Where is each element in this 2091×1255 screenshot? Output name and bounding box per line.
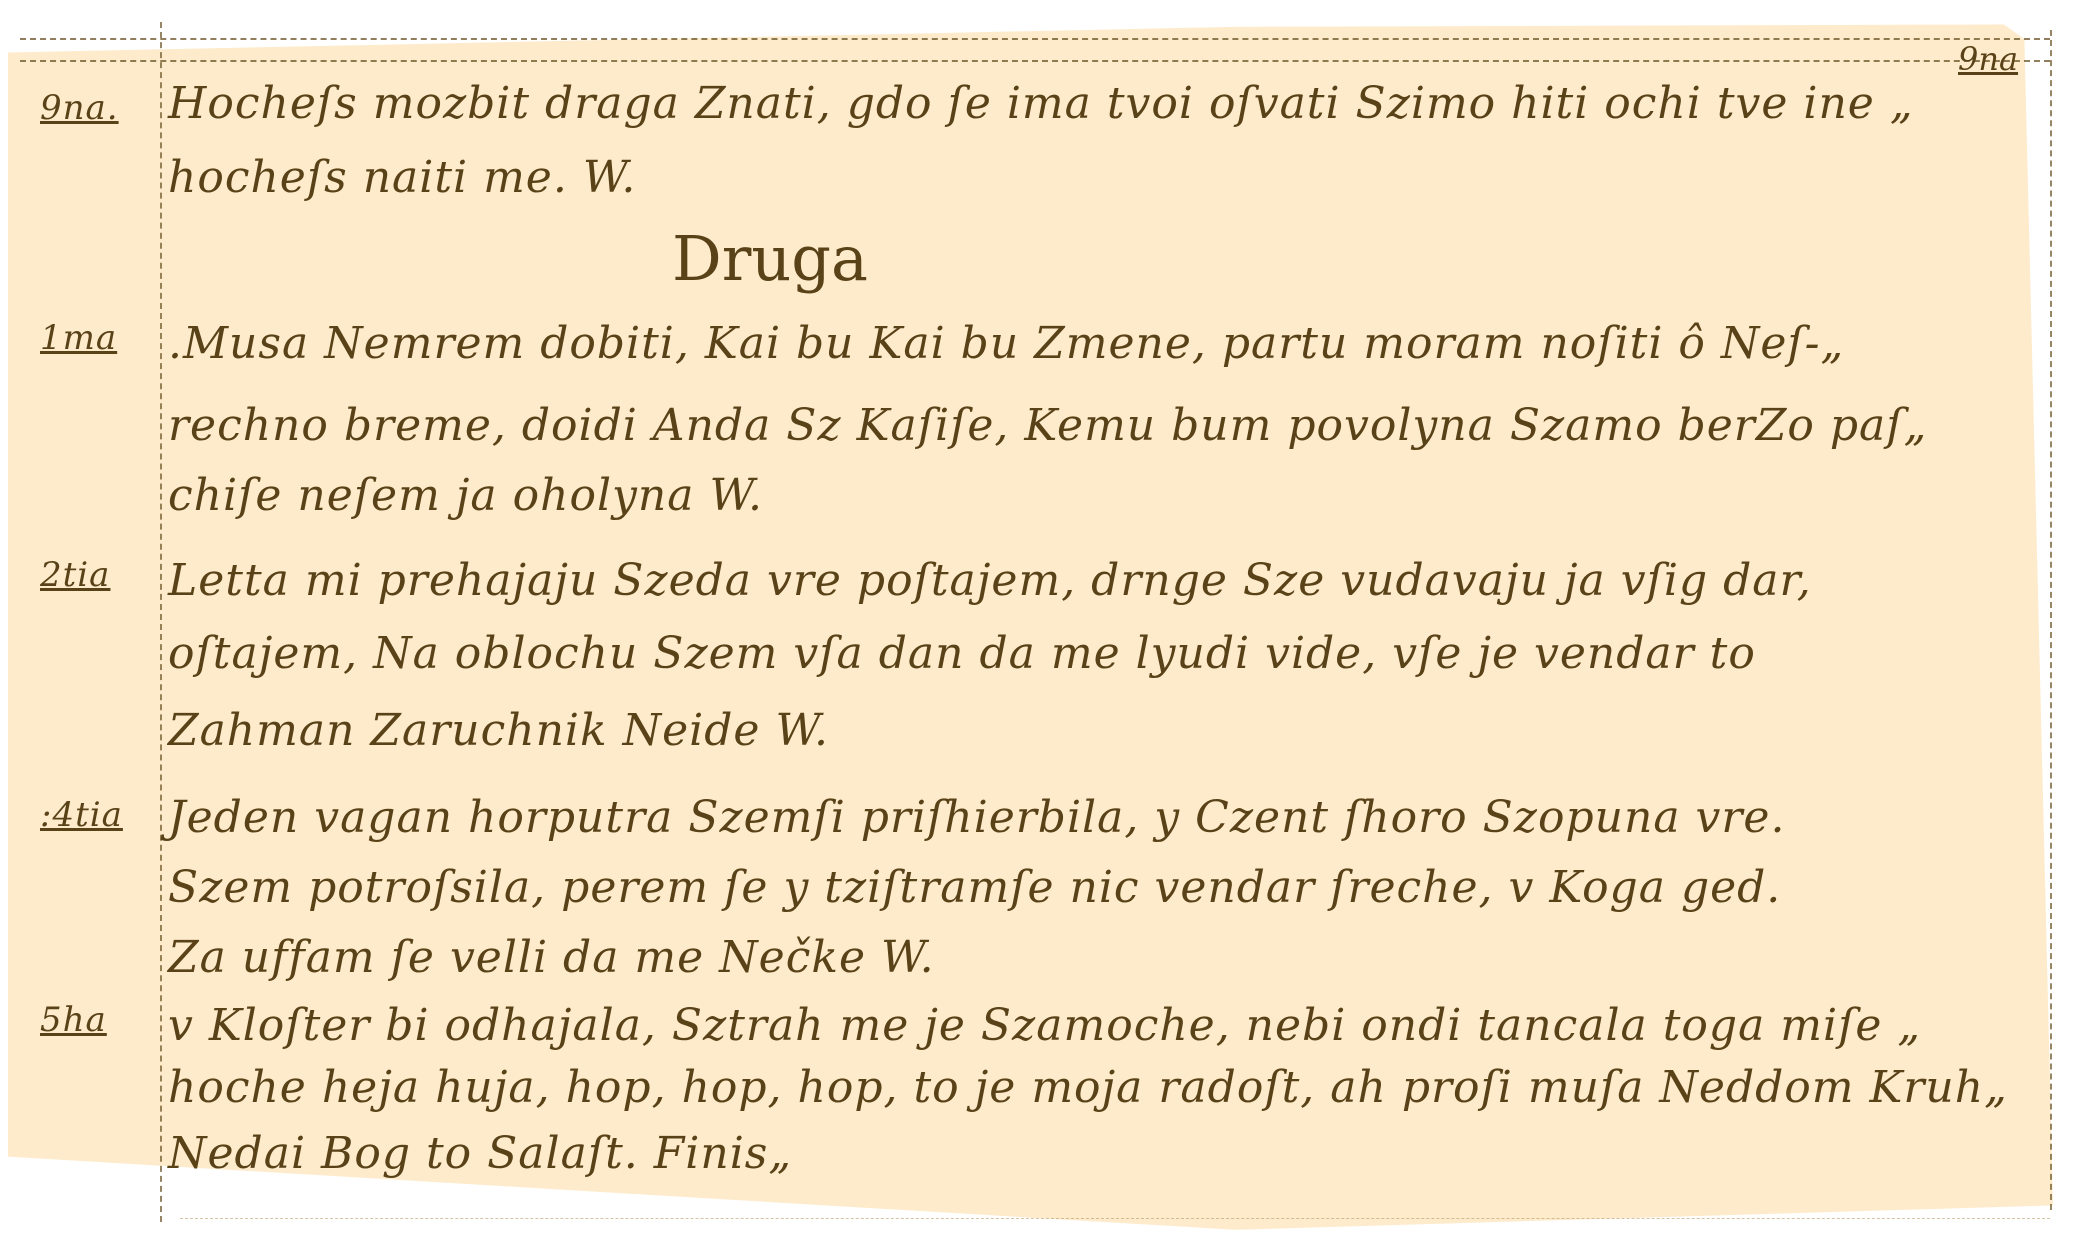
stanza-4-line-2: Szem potroſsila, perem ſe y tziſtramſe n… (168, 862, 1781, 913)
stanza-3-line-2: oſtajem, Na oblochu Szem vſa dan da me l… (168, 628, 1756, 679)
stanza-1-line-1: Hocheſs mozbit draga Znati, gdo ſe ima t… (168, 78, 1914, 129)
stanza-4-line-1: Jeden vagan horputra Szemſi priſhierbila… (168, 792, 1785, 843)
page-number: 9na (1958, 40, 2018, 78)
stanza-2-line-1: .Musa Nemrem dobiti, Kai bu Kai bu Zmene… (168, 318, 1844, 369)
stanza-1-line-2: hocheſs naiti me. W. (168, 152, 636, 203)
stanza-1-margin-label: 9na. (40, 88, 119, 128)
stanza-5-line-2: hoche heja huja, hop, hop, hop, to je mo… (168, 1062, 2008, 1113)
stanza-5-line-1: v Kloſter bi odhajala, Sztrah me je Szam… (168, 1000, 1921, 1051)
stanza-2-line-3: chiſe neſem ja oholyna W. (168, 470, 763, 521)
stanza-2-line-2: rechno breme, doidi Anda Sz Kaſiſe, Kemu… (168, 400, 1927, 451)
margin-rule-line (160, 22, 162, 1222)
bottom-rule-line (180, 1218, 2050, 1219)
right-edge-rule-line (2050, 30, 2052, 1210)
top-rule-line (20, 38, 2050, 40)
section-heading: Druga (672, 222, 868, 295)
stanza-3-line-3: Zahman Zaruchnik Neide W. (168, 705, 829, 756)
stanza-3-margin-label: 2tia (40, 555, 110, 595)
stanza-3-line-1: Letta mi prehajaju Szeda vre poſtajem, d… (168, 555, 1812, 606)
stanza-5-line-3: Nedai Bog to Salaſt. Finis„ (168, 1128, 792, 1179)
stanza-4-line-3: Za uffam ſe velli da me Nečke W. (168, 932, 935, 983)
top-rule-line-2 (20, 60, 2050, 62)
stanza-5-margin-label: 5ha (40, 1000, 107, 1040)
stanza-4-margin-label: :4tia (40, 795, 123, 835)
stanza-2-margin-label: 1ma (40, 318, 117, 358)
